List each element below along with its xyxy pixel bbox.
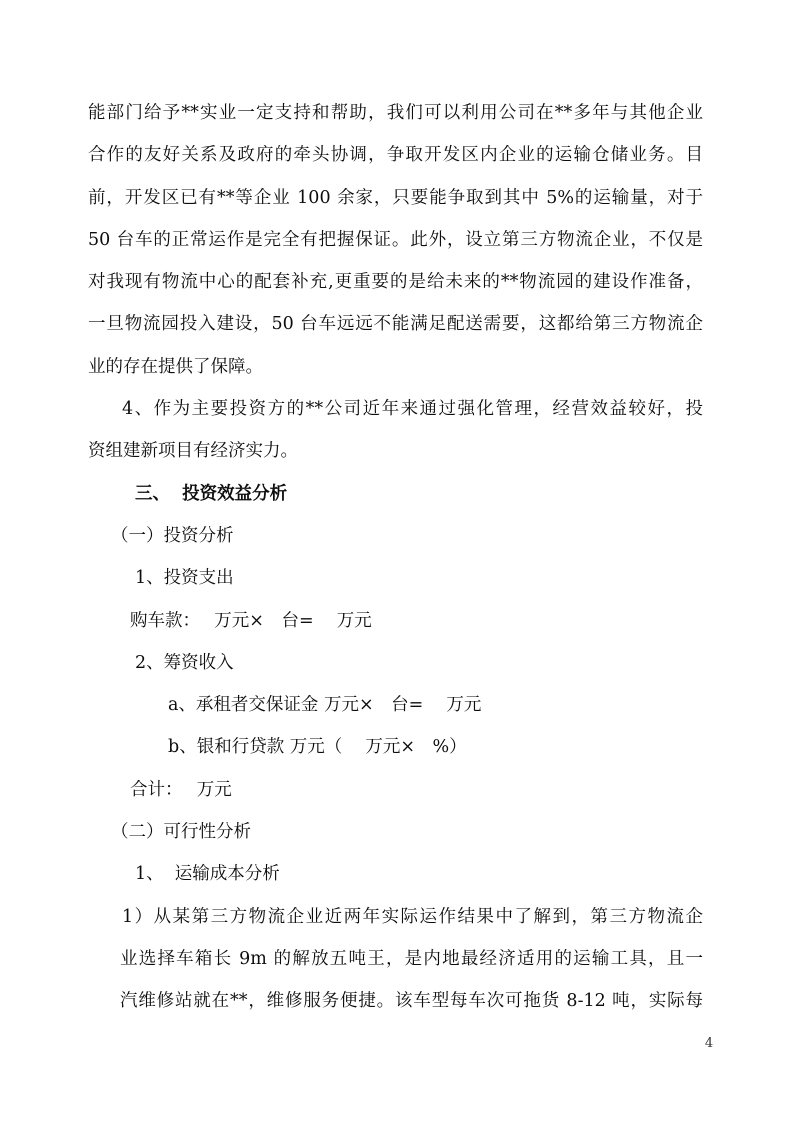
subsection-heading: （二）可行性分析 (88, 811, 703, 853)
list-item-heading: 1、投资支出 (88, 557, 703, 599)
body-text-line: 资组建新项目有经济实力。 (88, 430, 703, 472)
body-text-line: 4、作为主要投资方的**公司近年来通过强化管理，经营效益较好，投 (88, 388, 703, 430)
page-number: 4 (699, 1035, 719, 1053)
formula-line: a、承租者交保证金 万元× 台= 万元 (88, 684, 703, 726)
body-text-line: 合作的友好关系及政府的牵头协调，争取开发区内企业的运输仓储业务。目 (88, 134, 703, 176)
body-text-line: 前，开发区已有**等企业 100 余家，只要能争取到其中 5%的运输量，对于 (88, 177, 703, 219)
body-text-line: 能部门给予**实业一定支持和帮助，我们可以利用公司在**多年与其他企业 (88, 92, 703, 134)
body-text-line: 汽维修站就在**，维修服务便捷。该车型每车次可拖货 8-12 吨，实际每 (88, 980, 703, 1022)
body-text-line: 一旦物流园投入建设，50 台车远远不能满足配送需要，这都给第三方物流企 (88, 303, 703, 345)
document-page: 能部门给予**实业一定支持和帮助，我们可以利用公司在**多年与其他企业 合作的友… (0, 0, 793, 1122)
list-item-heading: 2、筹资收入 (88, 642, 703, 684)
body-text-line: 对我现有物流中心的配套补充,更重要的是给未来的**物流园的建设作准备， (88, 261, 703, 303)
total-line: 合计： 万元 (88, 769, 703, 811)
body-text-line: 业的存在提供了保障。 (88, 346, 703, 388)
list-item-heading: 1、 运输成本分析 (88, 853, 703, 895)
section-heading: 三、 投资效益分析 (88, 473, 703, 515)
body-text-line: 1）从某第三方物流企业近两年实际运作结果中了解到，第三方物流企 (88, 896, 703, 938)
document-body: 能部门给予**实业一定支持和帮助，我们可以利用公司在**多年与其他企业 合作的友… (88, 92, 703, 1023)
body-text-line: 业选择车箱长 9m 的解放五吨王，是内地最经济适用的运输工具，且一 (88, 938, 703, 980)
subsection-heading: （一）投资分析 (88, 515, 703, 557)
body-text-line: 50 台车的正常运作是完全有把握保证。此外，设立第三方物流企业，不仅是 (88, 219, 703, 261)
formula-line: b、银和行贷款 万元（ 万元× %） (88, 726, 703, 768)
formula-line: 购车款： 万元× 台= 万元 (88, 600, 703, 642)
